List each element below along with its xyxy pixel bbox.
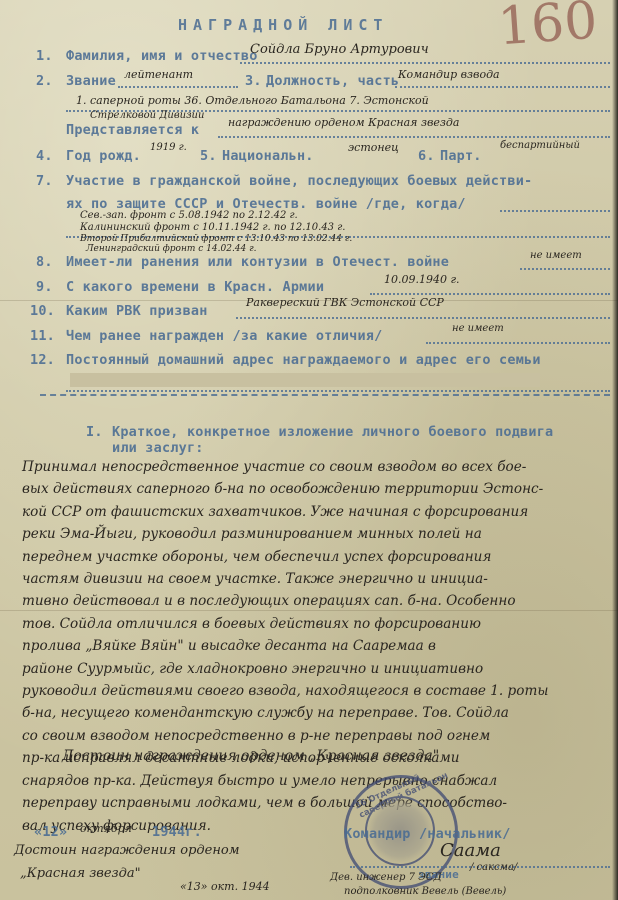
field-7-number: 7. — [36, 173, 53, 189]
field-6-label: Парт. — [440, 148, 482, 164]
field-10-value-rvk: Раквереский ГВК Эстонской ССР — [246, 296, 444, 309]
narrative-line: пролива „Вяйке Вяйн" и высадке десанта н… — [22, 635, 610, 657]
field-10-label: Каким РВК призван — [66, 303, 208, 319]
narrative-line: снарядов пр-ка. Действуя быстро и умело … — [22, 770, 610, 792]
rank-value: / саксма/ — [470, 862, 517, 873]
field-5-label: Национальн. — [222, 148, 314, 164]
commander-signature: Саама — [440, 840, 501, 861]
field-7-front-4: Ленинградский фронт с 14.02.44 г. — [86, 244, 257, 254]
date-month: октября — [80, 822, 132, 835]
narrative-line: переправу исправными лодками, чем в боль… — [22, 792, 610, 814]
section-1-number: I. — [86, 424, 103, 440]
endorsement-line-2: „Красная звезда" — [20, 866, 141, 881]
field-9-number: 9. — [36, 279, 53, 295]
field-2-number: 2. — [36, 73, 53, 89]
fill-line — [370, 293, 610, 295]
fill-line — [118, 86, 238, 88]
award-sheet-page: НАГРАДНОЙ ЛИСТ 160 1. Фамилия, имя и отч… — [0, 0, 618, 900]
fill-line — [426, 342, 610, 344]
narrative-line: переднем участке обороны, чем обеспечил … — [22, 546, 610, 568]
folio-number: 160 — [496, 0, 599, 57]
field-12-number: 12. — [30, 352, 55, 368]
narrative-line: частям дивизии на своем участке. Также э… — [22, 568, 610, 590]
field-3-value-position: Командир взвода — [398, 68, 500, 81]
section-divider — [40, 394, 610, 396]
field-11-number: 11. — [30, 328, 55, 344]
redacted-address-block — [70, 373, 540, 387]
field-6-number: 6. — [418, 148, 435, 164]
endorser-line-1: Дев. инженер 7 ЭСД — [330, 872, 442, 883]
narrative-line: руководил действиями своего взвода, нахо… — [22, 680, 610, 702]
field-5-value-nationality: эстонец — [348, 141, 399, 154]
field-10-number: 10. — [30, 303, 55, 319]
narrative-line: районе Суурмыйс, где хладнокровно энерги… — [22, 658, 610, 680]
field-1-label: Фамилия, имя и отчество — [66, 48, 258, 64]
field-11-label: Чем ранее награжден /за какие отличия/ — [66, 328, 382, 344]
narrative-line: б-на, несущего комендантскую службу на п… — [22, 702, 610, 724]
page-edge-shadow — [612, 0, 618, 900]
field-3-value-unit-line2: Стрелковой Дивизии — [90, 110, 204, 121]
fill-line — [395, 86, 610, 88]
narrative-line: со своим взводом непосредственно в р-не … — [22, 725, 610, 747]
field-3-value-unit-line1: 1. саперной роты 36. Отдельного Батальон… — [76, 94, 429, 107]
conclusion-text: Достоин награждения орденом „Красная зве… — [62, 748, 439, 764]
field-1-number: 1. — [36, 48, 53, 64]
field-7-label: Участие в гражданской войне, последующих… — [66, 173, 532, 189]
field-9-label: С какого времени в Красн. Армии — [66, 279, 324, 295]
field-2-label: Звание — [66, 73, 116, 89]
field-7-front-2: Калининский фронт с 10.11.1942 г. по 12.… — [80, 222, 345, 233]
field-4-value-birth-year: 1919 г. — [150, 142, 187, 153]
field-6-value-party: беспартийный — [500, 140, 580, 151]
field-7-front-1: Сев.-зап. фронт с 5.08.1942 по 2.12.42 г… — [80, 210, 298, 221]
section-1-heading: Краткое, конкретное изложение личного бо… — [112, 424, 553, 440]
fill-line — [520, 268, 610, 270]
date-day: «12» — [34, 824, 67, 840]
narrative-line: Принимал непосредственное участие со сво… — [22, 456, 610, 478]
fill-line — [500, 210, 610, 212]
date-year: 1944г. — [152, 824, 202, 840]
field-11-value-prior-awards: не имеет — [452, 323, 504, 334]
narrative-line: тов. Сойдла отличился в боевых действиях… — [22, 613, 610, 635]
field-3-number: 3. — [245, 73, 262, 89]
presented-for-value: награждению орденом Красная звезда — [228, 116, 459, 129]
presented-for-label: Представляется к — [66, 122, 199, 138]
field-3-label: Должность, часть — [266, 73, 399, 89]
field-8-label: Имеет-ли ранения или контузии в Отечест.… — [66, 254, 449, 270]
fill-line — [218, 136, 610, 138]
field-7-front-3: Второй Прибалтийский фронт с 13.10.43 по… — [80, 234, 352, 244]
field-1-value-fio: Сойдла Бруно Артурович — [250, 42, 429, 57]
section-1-heading-cont: или заслуг: — [112, 440, 204, 456]
endorser-line-2: подполковник Вевель (Вевель) — [344, 886, 506, 897]
field-4-number: 4. — [36, 148, 53, 164]
document-title: НАГРАДНОЙ ЛИСТ — [178, 16, 388, 34]
endorsement-date: «13» окт. 1944 — [180, 880, 270, 893]
fill-line — [66, 390, 610, 392]
endorsement-line-1: Достоин награждения орденом — [14, 843, 240, 858]
fill-line — [236, 317, 610, 319]
narrative-line: кой ССР от фашистских захватчиков. Уже н… — [22, 501, 610, 523]
field-2-value-rank: лейтенант — [124, 68, 193, 81]
field-4-label: Год рожд. — [66, 148, 141, 164]
narrative-text: Принимал непосредственное участие со сво… — [22, 456, 610, 837]
field-8-value-wounds: не имеет — [530, 250, 582, 261]
field-5-number: 5. — [200, 148, 217, 164]
narrative-line: вых действиях саперного б-на по освобожд… — [22, 478, 610, 500]
narrative-line: тивно действовал и в последующих операци… — [22, 590, 610, 612]
field-8-number: 8. — [36, 254, 53, 270]
fill-line — [240, 62, 610, 64]
field-9-value-service-start: 10.09.1940 г. — [384, 273, 460, 286]
narrative-line: реки Эма-Йыги, руководил разминированием… — [22, 523, 610, 545]
field-12-label: Постоянный домашний адрес награждаемого … — [66, 352, 541, 368]
